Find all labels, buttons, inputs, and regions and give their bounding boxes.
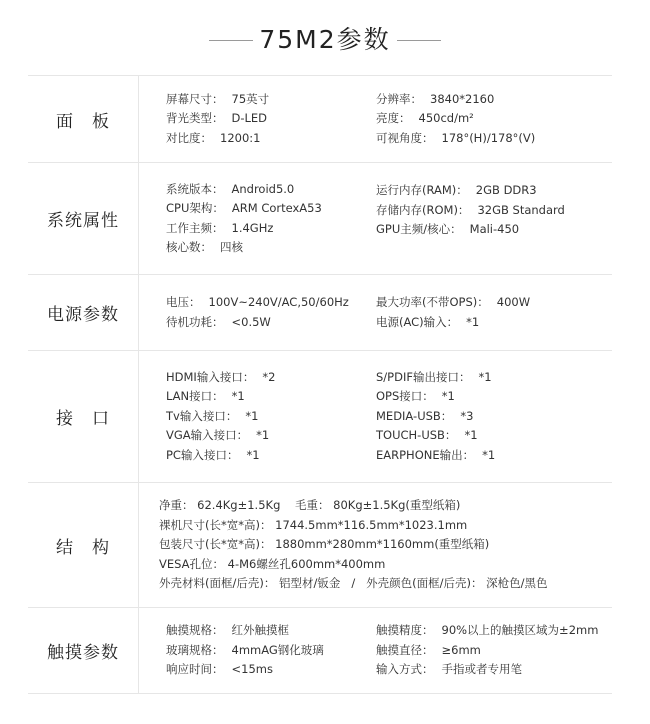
spec-key: LAN接口：	[166, 389, 224, 403]
spec-value: 75英寸	[232, 92, 270, 106]
spec-value: *1	[245, 409, 258, 423]
spec-item: PC输入接口：*1	[166, 446, 376, 466]
spec-value: D-LED	[232, 111, 268, 125]
spec-key: 输入方式：	[376, 662, 434, 676]
spec-value: *1	[442, 389, 455, 403]
spec-key: Tv输入接口：	[166, 409, 237, 423]
spec-item: 系统版本：Android5.0	[166, 180, 376, 200]
spec-value: 450cd/m²	[419, 111, 474, 125]
spec-row-touch: 触摸参数 触摸规格：红外触摸框 玻璃规格：4mmAG钢化玻璃 响应时间：<15m…	[28, 608, 612, 694]
spec-key: 系统版本：	[166, 182, 224, 196]
spec-key: 响应时间：	[166, 662, 224, 676]
row-label: 电源参数	[28, 275, 139, 350]
spec-item: 背光类型：D-LED	[166, 109, 376, 129]
spec-key: 存储内存(ROM)：	[376, 203, 469, 217]
spec-item: 对比度：1200:1	[166, 129, 376, 149]
spec-value: ARM CortexA53	[232, 201, 322, 215]
spec-value: *1	[256, 428, 269, 442]
spec-key: 分辨率：	[376, 92, 422, 106]
spec-row-ports: 接 口 HDMI输入接口：*2 LAN接口：*1 Tv输入接口：*1 VGA输入…	[28, 351, 612, 483]
row-body: 净重： 62.4Kg±1.5Kg 毛重： 80Kg±1.5Kg(重型纸箱) 裸机…	[139, 483, 612, 607]
spec-value: 400W	[497, 295, 530, 309]
spec-item: CPU架构：ARM CortexA53	[166, 199, 376, 219]
spec-row-system: 系统属性 系统版本：Android5.0 CPU架构：ARM CortexA53…	[28, 163, 612, 275]
spec-value: 178°(H)/178°(V)	[442, 131, 536, 145]
spec-column-right: S/PDIF输出接口：*1 OPS接口：*1 MEDIA-USB：*3 TOUC…	[376, 368, 612, 466]
spec-value: *1	[464, 428, 477, 442]
spec-key: 亮度：	[376, 111, 411, 125]
spec-value: Android5.0	[232, 182, 295, 196]
spec-column-right: 最大功率(不带OPS)：400W 电源(AC)输入：*1	[376, 293, 612, 332]
spec-key: 可视角度：	[376, 131, 434, 145]
spec-column-left: 触摸规格：红外触摸框 玻璃规格：4mmAG钢化玻璃 响应时间：<15ms	[166, 621, 376, 680]
spec-column-right: 分辨率：3840*2160 亮度：450cd/m² 可视角度：178°(H)/1…	[376, 90, 612, 149]
spec-key: 触摸规格：	[166, 623, 224, 637]
spec-key: GPU主频/核心：	[376, 222, 462, 236]
spec-column-right: 触摸精度：90%以上的触摸区域为±2mm 触摸直径：≥6mm 输入方式：手指或者…	[376, 621, 612, 680]
spec-item: 外壳材料(面框/后壳)： 铝型材/钣金 / 外壳颜色(面框/后壳)： 深枪色/黑…	[159, 574, 548, 594]
spec-value: *1	[478, 370, 491, 384]
row-label: 触摸参数	[28, 608, 139, 693]
spec-item: 屏幕尺寸：75英寸	[166, 90, 376, 110]
spec-item: GPU主频/核心：Mali-450	[376, 220, 612, 240]
spec-item: 电源(AC)输入：*1	[376, 313, 612, 333]
spec-item: TOUCH-USB：*1	[376, 426, 612, 446]
page-title: 75M2参数	[259, 22, 390, 58]
row-body: 屏幕尺寸：75英寸 背光类型：D-LED 对比度：1200:1 分辨率：3840…	[139, 76, 612, 162]
spec-item: VGA输入接口：*1	[166, 426, 376, 446]
spec-item: 工作主频：1.4GHz	[166, 219, 376, 239]
spec-key: 核心数：	[166, 240, 212, 254]
spec-row-structure: 结 构 净重： 62.4Kg±1.5Kg 毛重： 80Kg±1.5Kg(重型纸箱…	[28, 483, 612, 608]
spec-item: OPS接口：*1	[376, 387, 612, 407]
spec-column-left: 电压：100V~240V/AC,50/60Hz 待机功耗：<0.5W	[166, 293, 376, 332]
row-label: 结 构	[28, 483, 139, 607]
spec-key: 对比度：	[166, 131, 212, 145]
row-label: 系统属性	[28, 163, 139, 274]
row-body: 系统版本：Android5.0 CPU架构：ARM CortexA53 工作主频…	[139, 163, 612, 274]
spec-key: 屏幕尺寸：	[166, 92, 224, 106]
spec-key: 玻璃规格：	[166, 643, 224, 657]
spec-key: 工作主频：	[166, 221, 224, 235]
spec-item: 最大功率(不带OPS)：400W	[376, 293, 612, 313]
spec-column: 净重： 62.4Kg±1.5Kg 毛重： 80Kg±1.5Kg(重型纸箱) 裸机…	[159, 496, 548, 594]
spec-item: 分辨率：3840*2160	[376, 90, 612, 110]
row-body: 触摸规格：红外触摸框 玻璃规格：4mmAG钢化玻璃 响应时间：<15ms 触摸精…	[139, 608, 612, 693]
spec-value: *1	[466, 315, 479, 329]
spec-value: <15ms	[232, 662, 273, 676]
spec-key: 最大功率(不带OPS)：	[376, 295, 489, 309]
spec-item: 亮度：450cd/m²	[376, 109, 612, 129]
spec-value: 1200:1	[220, 131, 260, 145]
spec-key: HDMI输入接口：	[166, 370, 254, 384]
spec-value: 手指或者专用笔	[442, 662, 523, 676]
spec-table: 面 板 屏幕尺寸：75英寸 背光类型：D-LED 对比度：1200:1 分辨率：…	[28, 75, 612, 694]
spec-key: 触摸直径：	[376, 643, 434, 657]
spec-column-left: HDMI输入接口：*2 LAN接口：*1 Tv输入接口：*1 VGA输入接口：*…	[166, 368, 376, 466]
spec-item: 触摸精度：90%以上的触摸区域为±2mm	[376, 621, 612, 641]
spec-value: 四核	[220, 240, 243, 254]
spec-key: TOUCH-USB：	[376, 428, 456, 442]
spec-key: 待机功耗：	[166, 315, 224, 329]
spec-item: 玻璃规格：4mmAG钢化玻璃	[166, 641, 376, 661]
spec-row-panel: 面 板 屏幕尺寸：75英寸 背光类型：D-LED 对比度：1200:1 分辨率：…	[28, 76, 612, 163]
row-label: 接 口	[28, 351, 139, 482]
spec-value: 100V~240V/AC,50/60Hz	[209, 295, 349, 309]
spec-column-right: 运行内存(RAM)：2GB DDR3 存储内存(ROM)：32GB Standa…	[376, 181, 612, 240]
spec-item: 触摸直径：≥6mm	[376, 641, 612, 661]
spec-item: 触摸规格：红外触摸框	[166, 621, 376, 641]
spec-item: 裸机尺寸(长*宽*高)： 1744.5mm*116.5mm*1023.1mm	[159, 516, 548, 536]
row-body: HDMI输入接口：*2 LAN接口：*1 Tv输入接口：*1 VGA输入接口：*…	[139, 351, 612, 482]
spec-key: VGA输入接口：	[166, 428, 248, 442]
spec-key: CPU架构：	[166, 201, 224, 215]
spec-value: *1	[482, 448, 495, 462]
spec-item: 输入方式：手指或者专用笔	[376, 660, 612, 680]
spec-column-left: 屏幕尺寸：75英寸 背光类型：D-LED 对比度：1200:1	[166, 90, 376, 149]
spec-key: EARPHONE输出：	[376, 448, 474, 462]
spec-row-power: 电源参数 电压：100V~240V/AC,50/60Hz 待机功耗：<0.5W …	[28, 275, 612, 351]
spec-item: HDMI输入接口：*2	[166, 368, 376, 388]
spec-item: 待机功耗：<0.5W	[166, 313, 376, 333]
title-right-divider	[397, 40, 441, 41]
spec-value: *3	[460, 409, 473, 423]
spec-item: 电压：100V~240V/AC,50/60Hz	[166, 293, 376, 313]
spec-column-left: 系统版本：Android5.0 CPU架构：ARM CortexA53 工作主频…	[166, 180, 376, 258]
spec-item: 可视角度：178°(H)/178°(V)	[376, 129, 612, 149]
spec-item: 包装尺寸(长*宽*高)： 1880mm*280mm*1160mm(重型纸箱)	[159, 535, 548, 555]
spec-value: 90%以上的触摸区域为±2mm	[442, 623, 599, 637]
spec-item: VESA孔位： 4-M6螺丝孔600mm*400mm	[159, 555, 548, 575]
spec-item: EARPHONE输出：*1	[376, 446, 612, 466]
spec-item: LAN接口：*1	[166, 387, 376, 407]
spec-value: 2GB DDR3	[476, 183, 537, 197]
spec-item: 运行内存(RAM)：2GB DDR3	[376, 181, 612, 201]
spec-value: ≥6mm	[442, 643, 481, 657]
spec-item: 响应时间：<15ms	[166, 660, 376, 680]
row-body: 电压：100V~240V/AC,50/60Hz 待机功耗：<0.5W 最大功率(…	[139, 275, 612, 350]
spec-value: *2	[262, 370, 275, 384]
title-left-divider	[209, 40, 253, 41]
page-header: 75M2参数	[0, 22, 650, 58]
spec-value: <0.5W	[232, 315, 271, 329]
spec-item: S/PDIF输出接口：*1	[376, 368, 612, 388]
spec-key: 电源(AC)输入：	[376, 315, 458, 329]
spec-value: Mali-450	[470, 222, 519, 236]
spec-key: PC输入接口：	[166, 448, 238, 462]
spec-value: *1	[232, 389, 245, 403]
spec-value: 32GB Standard	[477, 203, 564, 217]
spec-key: 运行内存(RAM)：	[376, 183, 468, 197]
spec-value: 3840*2160	[430, 92, 494, 106]
spec-item: 净重： 62.4Kg±1.5Kg 毛重： 80Kg±1.5Kg(重型纸箱)	[159, 496, 548, 516]
spec-item: 存储内存(ROM)：32GB Standard	[376, 201, 612, 221]
row-label: 面 板	[28, 76, 139, 162]
spec-item: MEDIA-USB：*3	[376, 407, 612, 427]
spec-item: Tv输入接口：*1	[166, 407, 376, 427]
spec-value: 4mmAG钢化玻璃	[232, 643, 324, 657]
spec-item: 核心数：四核	[166, 238, 376, 258]
spec-key: 电压：	[166, 295, 201, 309]
spec-value: 1.4GHz	[232, 221, 274, 235]
spec-key: MEDIA-USB：	[376, 409, 452, 423]
spec-key: 背光类型：	[166, 111, 224, 125]
spec-key: S/PDIF输出接口：	[376, 370, 470, 384]
spec-value: *1	[246, 448, 259, 462]
spec-key: OPS接口：	[376, 389, 434, 403]
spec-key: 触摸精度：	[376, 623, 434, 637]
spec-value: 红外触摸框	[232, 623, 290, 637]
